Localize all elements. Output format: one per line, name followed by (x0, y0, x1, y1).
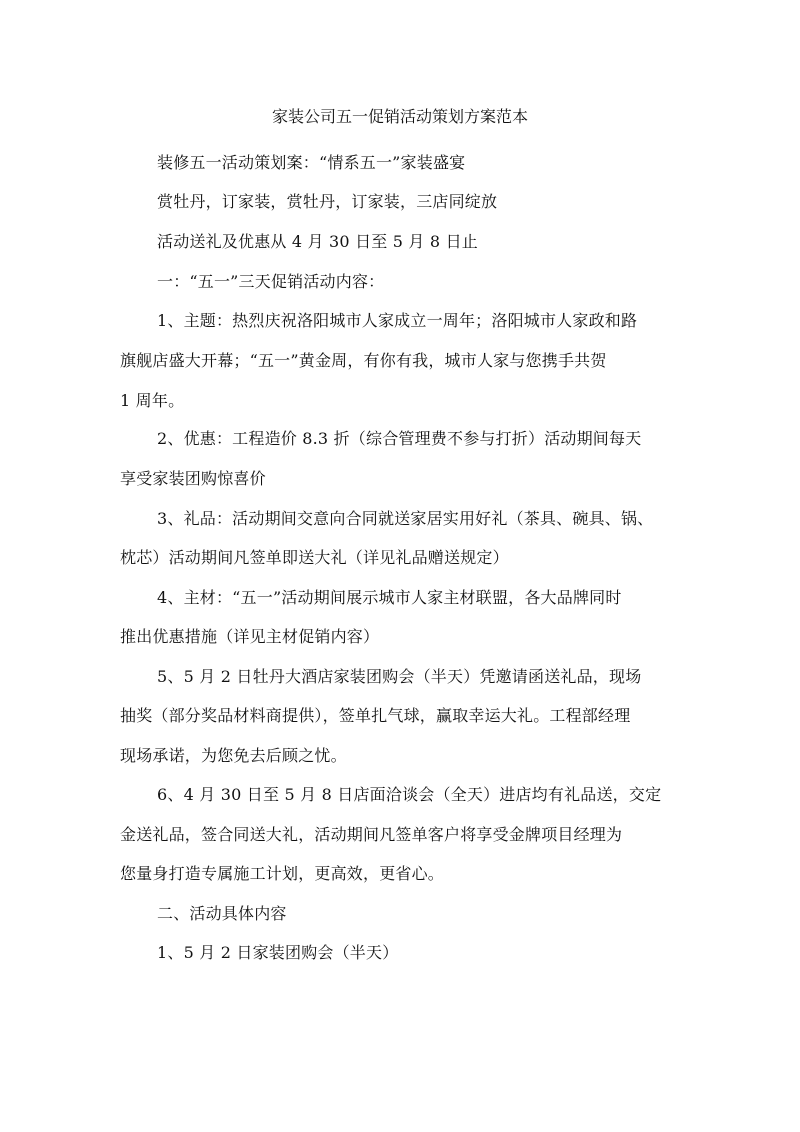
paragraph-line: 枕芯）活动期间凡签单即送大礼（详见礼品赠送规定） (120, 548, 509, 568)
document-title: 家装公司五一促销活动策划方案范本 (0, 107, 800, 127)
subtitle-line: 装修五一活动策划案：“情系五一”家装盛宴 (157, 153, 465, 173)
paragraph-line: 您量身打造专属施工计划，更高效，更省心。 (120, 864, 444, 884)
paragraph-line: 5、5 月 2 日牡丹大酒店家装团购会（半天）凭邀请函送礼品，现场 (157, 667, 641, 687)
document-page: 家装公司五一促销活动策划方案范本 装修五一活动策划案：“情系五一”家装盛宴 赏牡… (0, 0, 800, 1132)
paragraph-line: 享受家装团购惊喜价 (120, 469, 266, 489)
subsection-heading: 1、5 月 2 日家装团购会（半天） (157, 943, 398, 963)
section-heading-2: 二、活动具体内容 (157, 904, 287, 924)
paragraph-line: 1 周年。 (120, 391, 184, 411)
paragraph-line: 现场承诺，为您免去后顾之忧。 (120, 746, 347, 766)
paragraph-line: 旗舰店盛大开幕；“五一”黄金周，有你有我，城市人家与您携手共贺 (120, 351, 607, 371)
section-heading-1: 一：“五一”三天促销活动内容： (157, 272, 384, 292)
paragraph-line: 推出优惠措施（详见主材促销内容） (120, 627, 379, 647)
paragraph-line: 抽奖（部分奖品材料商提供），签单扎气球，赢取幸运大礼。工程部经理 (120, 706, 630, 726)
date-range-line: 活动送礼及优惠从 4 月 30 日至 5 月 8 日止 (157, 232, 478, 252)
paragraph-line: 1、主题：热烈庆祝洛阳城市人家成立一周年；洛阳城市人家政和路 (157, 311, 637, 331)
paragraph-line: 金送礼品，签合同送大礼，活动期间凡签单客户将享受金牌项目经理为 (120, 825, 622, 845)
paragraph-line: 3、礼品：活动期间交意向合同就送家居实用好礼（茶具、碗具、锅、 (157, 509, 653, 529)
paragraph-line: 2、优惠：工程造价 8.3 折（综合管理费不参与打折）活动期间每天 (157, 429, 641, 449)
slogan-line: 赏牡丹，订家装，赏牡丹，订家装，三店同绽放 (157, 192, 497, 212)
paragraph-line: 6、4 月 30 日至 5 月 8 日店面洽谈会（全天）进店均有礼品送，交定 (157, 785, 661, 805)
paragraph-line: 4、主材：“五一”活动期间展示城市人家主材联盟，各大品牌同时 (157, 588, 622, 608)
